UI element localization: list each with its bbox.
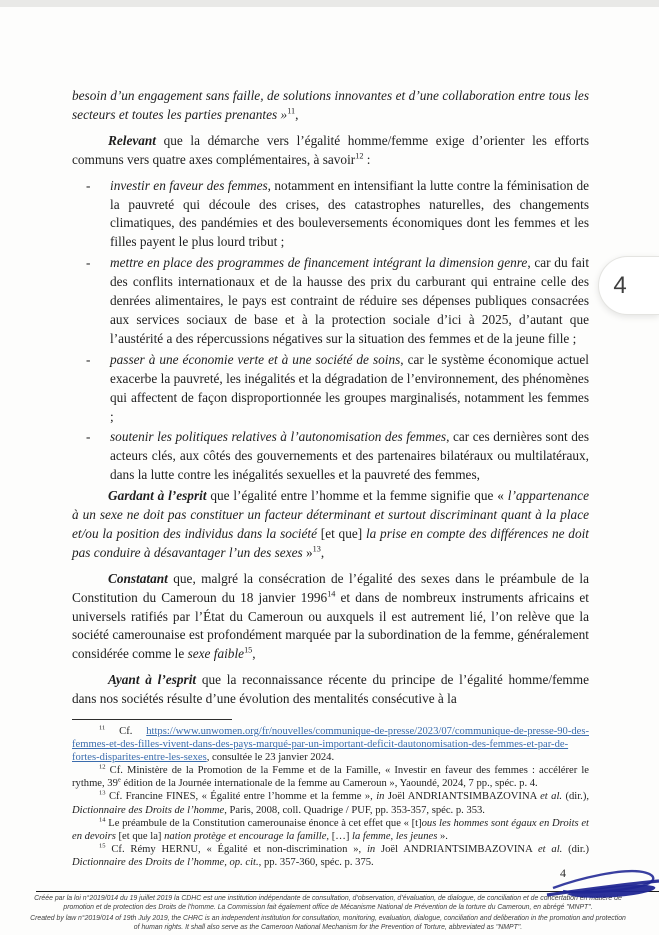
text-run: : — [363, 152, 370, 167]
text-run: , — [252, 646, 255, 661]
text-run: Cf. — [105, 726, 146, 737]
text-run: Dictionnaire des Droits de l’homme, op. … — [72, 857, 261, 868]
text-run: , Paris, 2008, coll. Quadrige / PUF, pp.… — [224, 805, 485, 816]
text-run: Joël ANDRIANTSIMBAZOVINA — [384, 791, 540, 802]
text-run: , — [295, 107, 298, 122]
text-run: Relevant — [108, 133, 156, 148]
institutional-footer: Créée par la loi n°2019/014 du 19 juille… — [28, 895, 628, 935]
text-run: Dictionnaire des Droits de l’homme — [72, 805, 224, 816]
body-paragraph: -passer à une économie verte et à une so… — [72, 351, 589, 427]
text-run: mettre en place des programmes de financ… — [110, 255, 527, 270]
body-paragraph: -soutenir les politiques relatives à l’a… — [72, 428, 589, 485]
text-run: que l’égalité entre l’homme et la femme … — [207, 488, 508, 503]
bullet-marker: - — [86, 254, 90, 273]
text-run: [et que] — [317, 526, 366, 541]
text-run: ». — [437, 831, 448, 842]
bullet-marker: - — [86, 428, 90, 447]
text-run: […] — [329, 831, 352, 842]
bullet-marker: - — [86, 351, 90, 370]
text-run: » — [303, 545, 313, 560]
body-paragraph: besoin d’un engagement sans faille, de s… — [72, 87, 589, 125]
body-paragraph: Gardant à l’esprit que l’égalité entre l… — [72, 487, 589, 563]
text-run: (dir.), — [562, 791, 589, 802]
text-run: sexe faible — [188, 646, 245, 661]
text-run: nation protège et encourage la famille, — [164, 831, 329, 842]
text-run: soutenir les politiques relatives à l’au… — [110, 429, 446, 444]
superscript-marker: 11 — [287, 106, 295, 115]
text-run: Cf. Rémy HERNU, « Égalité et non-discrim… — [106, 844, 367, 855]
footer-french-text: Créée par la loi n°2019/014 du 19 juille… — [28, 895, 628, 912]
text-run: Gardant à l’esprit — [108, 488, 207, 503]
text-run: in — [367, 844, 375, 855]
text-run: , — [321, 545, 324, 560]
footnote-entry: 14 Le préambule de la Constitution camer… — [72, 817, 589, 843]
document-page: besoin d’un engagement sans faille, de s… — [0, 7, 659, 935]
footnotes-list: 11 Cf. https://www.unwomen.org/fr/nouvel… — [72, 725, 589, 869]
document-body: besoin d’un engagement sans faille, de s… — [72, 87, 589, 716]
text-run: la femme, les jeunes — [352, 831, 437, 842]
text-run: Joël ANDRIANTSIMBAZOVINA — [375, 844, 538, 855]
text-run: investir en faveur des femmes — [110, 178, 268, 193]
scan-edge-strip — [0, 0, 659, 7]
text-run: besoin d’un engagement sans faille, de s… — [72, 88, 589, 122]
footnote-entry: 15 Cf. Rémy HERNU, « Égalité et non-disc… — [72, 843, 589, 869]
text-run: pp. 357-360, spéc. p. 375. — [261, 857, 373, 868]
footnote-entry: 12 Cf. Ministère de la Promotion de la F… — [72, 764, 589, 790]
footer-english-text: Created by law n°2019/014 of 19th July 2… — [28, 915, 628, 932]
text-run: (dir.) — [562, 844, 589, 855]
text-run: Constatant — [108, 571, 168, 586]
body-paragraph: Ayant à l’esprit que la reconnaissance r… — [72, 671, 589, 709]
text-run: et al. — [540, 791, 562, 802]
text-run: [et que la] — [116, 831, 164, 842]
text-run: passer à une économie verte et à une soc… — [110, 352, 400, 367]
footnote-separator-rule — [72, 719, 232, 720]
footnote-entry: 13 Cf. Francine FINES, « Égalité entre l… — [72, 790, 589, 816]
body-paragraph: -mettre en place des programmes de finan… — [72, 254, 589, 349]
page-indicator-bubble[interactable]: 4 — [598, 256, 659, 315]
page-indicator-number: 4 — [613, 272, 626, 300]
body-paragraph: -investir en faveur des femmes, notammen… — [72, 177, 589, 253]
text-run: Ayant à l’esprit — [108, 672, 196, 687]
pen-scribble-mark — [545, 864, 659, 914]
text-run: édition de la Journée internationale de … — [121, 778, 538, 789]
body-paragraph: Relevant que la démarche vers l’égalité … — [72, 132, 589, 170]
text-run: Cf. Francine FINES, « Égalité entre l’ho… — [106, 791, 377, 802]
text-run: et al. — [538, 844, 562, 855]
bullet-marker: - — [86, 177, 90, 196]
body-paragraph: Constatant que, malgré la consécration d… — [72, 570, 589, 665]
footnotes-section: 11 Cf. https://www.unwomen.org/fr/nouvel… — [72, 719, 589, 869]
footnote-entry: 11 Cf. https://www.unwomen.org/fr/nouvel… — [72, 725, 589, 764]
text-run: Le préambule de la Constitution cameroun… — [106, 818, 422, 829]
text-run: , consultée le 23 janvier 2024. — [207, 752, 334, 763]
superscript-marker: 13 — [313, 544, 321, 553]
